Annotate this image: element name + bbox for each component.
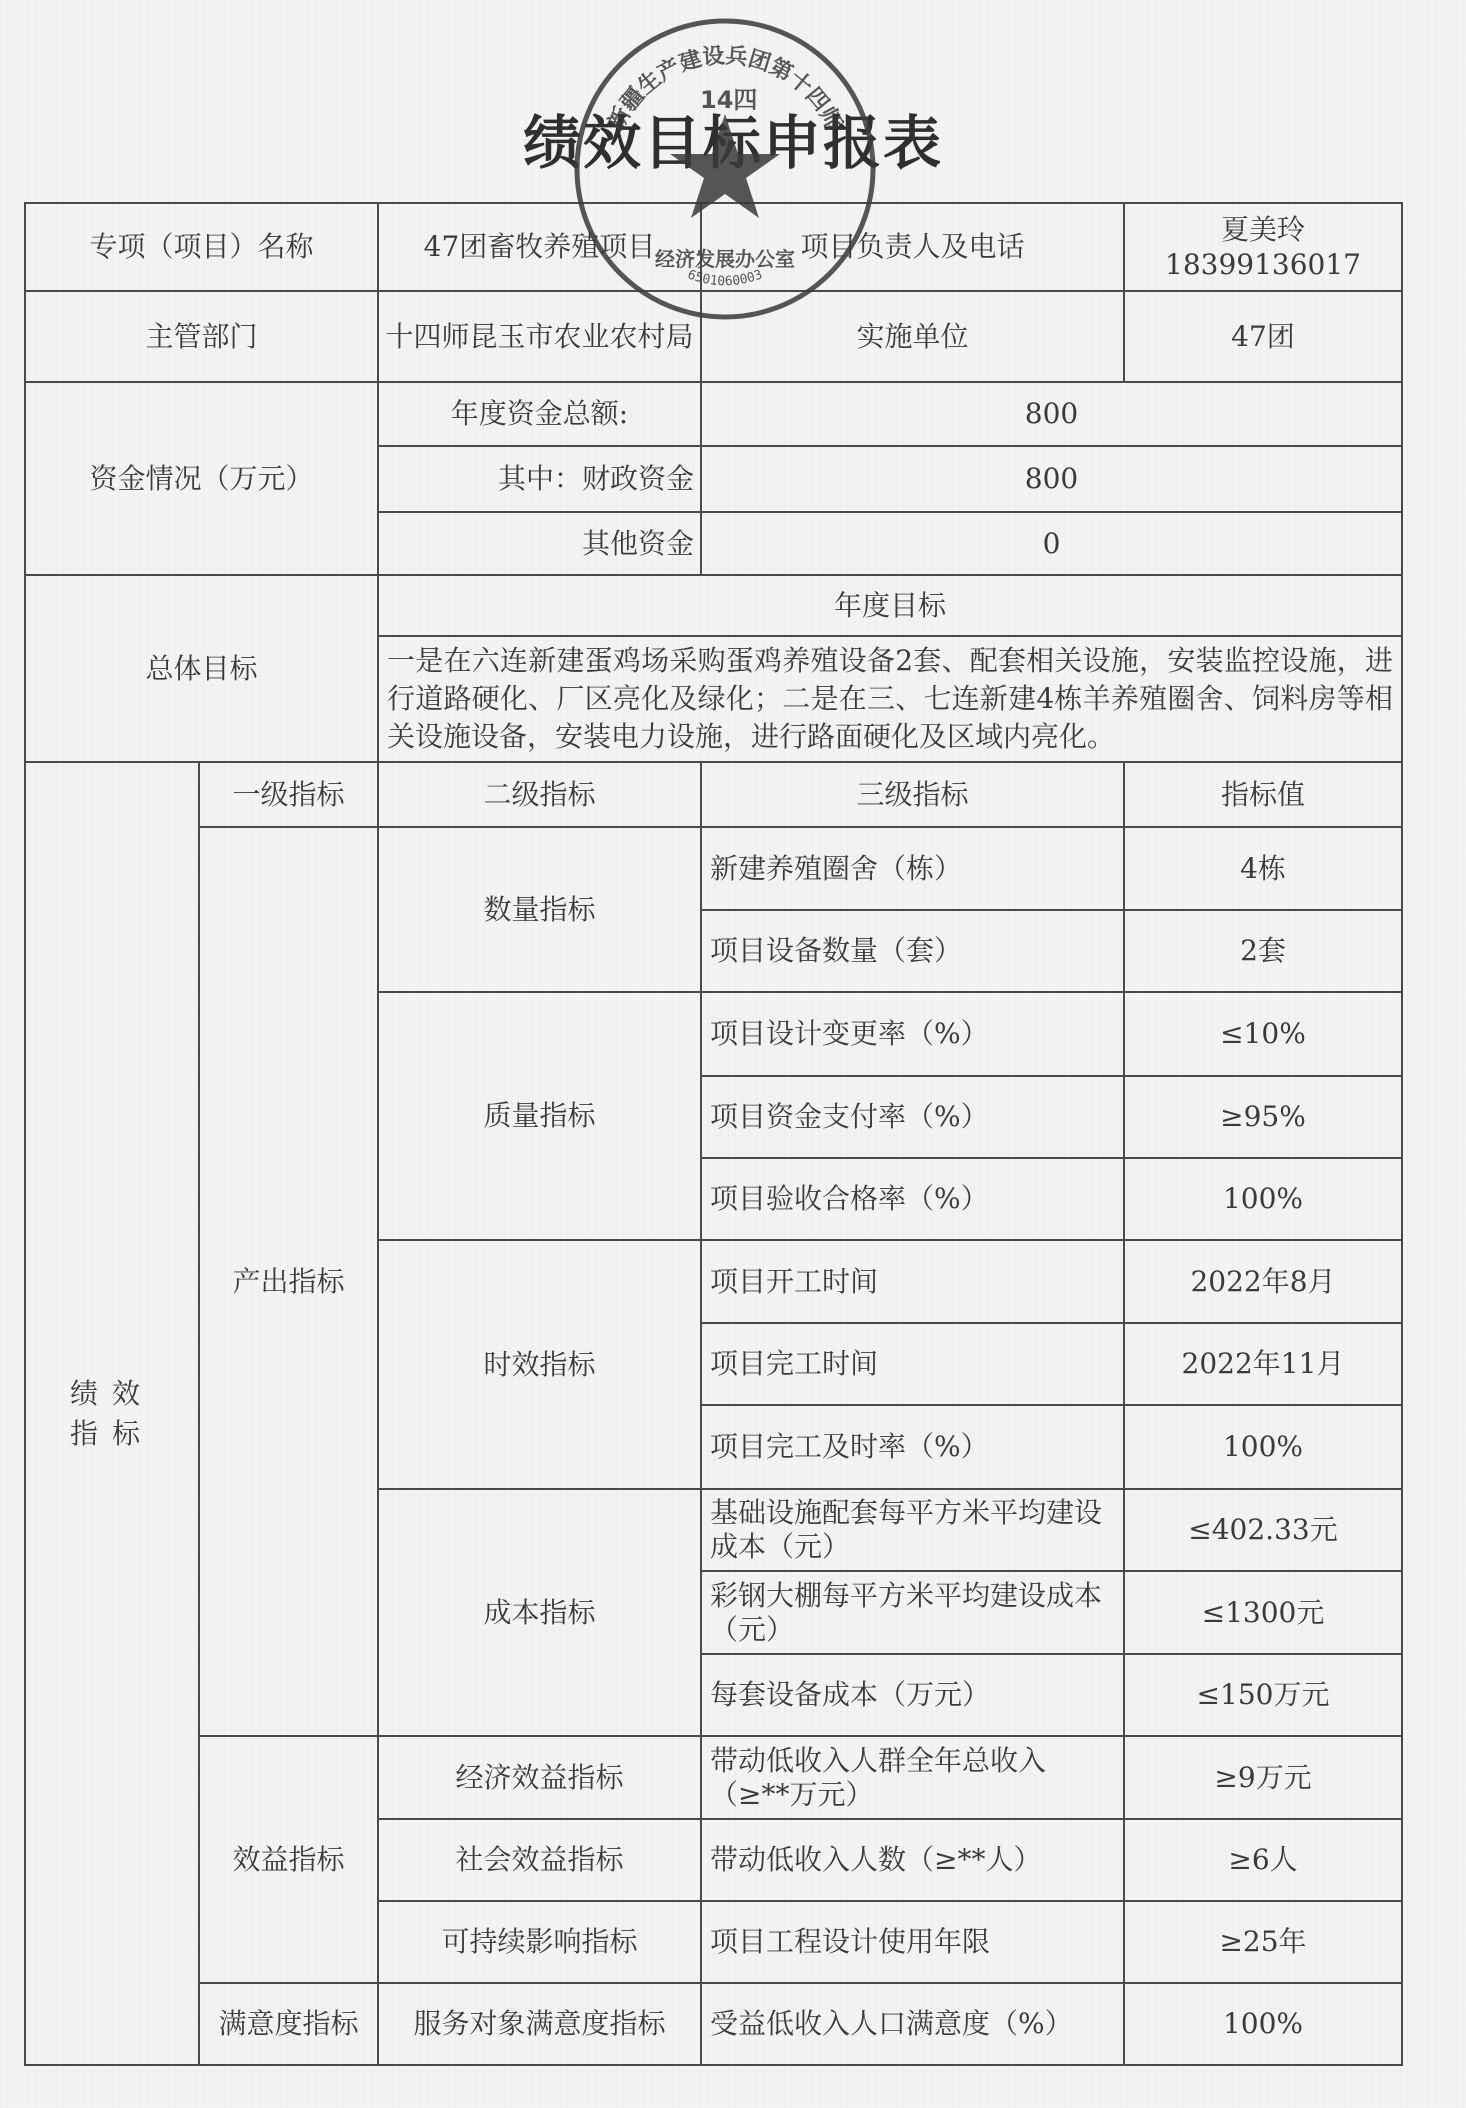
level3-text: 项目验收合格率（%） [710, 1181, 989, 1217]
level1-satisfaction: 满意度指标 [198, 1982, 379, 2066]
table-row-value: ≤150万元 [1123, 1653, 1403, 1737]
level3-text: 项目完工及时率（%） [710, 1429, 989, 1465]
table-row-value: 2套 [1123, 909, 1403, 993]
value-text: ≤150万元 [1197, 1677, 1330, 1713]
funds-row-value: 0 [700, 511, 1403, 576]
value-text: ≥25年 [1219, 1924, 1306, 1960]
label-text: 绩效指标 [52, 1374, 172, 1454]
value-text: ≥95% [1220, 1099, 1306, 1135]
value-text: ≥6人 [1228, 1842, 1297, 1878]
table-row-value: 4栋 [1123, 826, 1403, 911]
value-text: 十四师昆玉市农业农村局 [385, 319, 693, 355]
level2-social: 社会效益指标 [377, 1818, 702, 1902]
level2-economic: 经济效益指标 [377, 1735, 702, 1820]
funds-row-label: 年度资金总额: [377, 381, 702, 447]
table-row-value: ≥25年 [1123, 1900, 1403, 1984]
project-name-label: 专项（项目）名称 [24, 202, 379, 292]
table-row-level3: 项目验收合格率（%） [700, 1157, 1125, 1241]
table-row-level3: 新建养殖圈舍（栋） [700, 826, 1125, 911]
level2-cost: 成本指标 [377, 1488, 702, 1737]
level1-benefit: 效益指标 [198, 1735, 379, 1984]
table-row-value: 2022年8月 [1123, 1239, 1403, 1324]
label-text: 年度资金总额: [451, 396, 628, 432]
label-text: 专项（项目）名称 [89, 229, 313, 265]
level2-quality: 质量指标 [377, 991, 702, 1241]
impl-label: 实施单位 [700, 290, 1125, 383]
level3-text: 项目开工时间 [710, 1264, 878, 1300]
label-text: 数量指标 [483, 892, 595, 928]
label-text: 服务对象满意度指标 [413, 2006, 665, 2042]
label-text: 项目负责人及电话 [800, 229, 1024, 265]
level2-service-satisfaction: 服务对象满意度指标 [377, 1982, 702, 2066]
table-row-value: ≤10% [1123, 991, 1403, 1077]
dept-label: 主管部门 [24, 290, 379, 383]
leader-phone: 18399136017 [1165, 248, 1361, 282]
funds-row-label: 其中：财政资金 [377, 445, 702, 513]
value-text: 47团畜牧养殖项目 [424, 229, 656, 265]
overall-goal-text: 一是在六连新建蛋鸡场采购蛋鸡养殖设备2套、配套相关设施，安装监控设施，进行道路硬… [377, 635, 1403, 763]
level1-output: 产出指标 [198, 826, 379, 1737]
table-row-value: 100% [1123, 1982, 1403, 2066]
label-text: 主管部门 [145, 319, 257, 355]
column-header-level2: 二级指标 [377, 761, 702, 828]
label-text: 经济效益指标 [455, 1760, 623, 1796]
label-text: 总体目标 [145, 651, 257, 687]
level3-text: 彩钢大棚每平方米平均建设成本（元） [710, 1579, 1117, 1647]
level3-text: 项目完工时间 [710, 1346, 878, 1382]
level3-text: 每套设备成本（万元） [710, 1677, 990, 1713]
value-text: 100% [1223, 1429, 1303, 1465]
value-text: 4栋 [1240, 851, 1286, 887]
funds-label: 资金情况（万元） [24, 381, 379, 576]
table-row-level3: 项目工程设计使用年限 [700, 1900, 1125, 1984]
value-text: 47团 [1231, 319, 1295, 355]
level3-text: 带动低收入人群全年总收入（≥**万元） [710, 1744, 1117, 1812]
overall-goal-label: 总体目标 [24, 574, 379, 763]
label-text: 效益指标 [232, 1842, 344, 1878]
level3-text: 项目设计变更率（%） [710, 1016, 989, 1052]
value-text: 2022年8月 [1190, 1264, 1335, 1300]
label-text: 可持续影响指标 [441, 1924, 637, 1960]
level3-text: 带动低收入人数（≥**人） [710, 1842, 1041, 1878]
overall-goal-header: 年度目标 [377, 574, 1403, 637]
table-row-level3: 项目开工时间 [700, 1239, 1125, 1324]
value-text: 100% [1223, 2006, 1303, 2042]
funds-row-value: 800 [700, 381, 1403, 447]
value-text: ≤1300元 [1202, 1595, 1325, 1631]
table-row-level3: 项目完工及时率（%） [700, 1404, 1125, 1490]
table-row-value: ≤1300元 [1123, 1570, 1403, 1655]
table-row-level3: 基础设施配套每平方米平均建设成本（元） [700, 1488, 1125, 1572]
impl-value: 47团 [1123, 290, 1403, 383]
leader-name: 夏美玲 [1221, 212, 1305, 248]
level3-text: 项目资金支付率（%） [710, 1099, 989, 1135]
table-row-value: 2022年11月 [1123, 1322, 1403, 1406]
level3-text: 项目设备数量（套） [710, 933, 962, 969]
column-header-level3: 三级指标 [700, 761, 1125, 828]
project-name-value: 47团畜牧养殖项目 [377, 202, 702, 292]
label-text: 时效指标 [483, 1347, 595, 1383]
label-text: 其他资金 [582, 526, 694, 562]
table-row-level3: 带动低收入人数（≥**人） [700, 1818, 1125, 1902]
label-text: 满意度指标 [218, 2006, 358, 2042]
funds-row-value: 800 [700, 445, 1403, 513]
goal-text: 一是在六连新建蛋鸡场采购蛋鸡养殖设备2套、配套相关设施，安装监控设施，进行道路硬… [387, 642, 1393, 756]
table-row-value: 100% [1123, 1404, 1403, 1490]
label-text: 社会效益指标 [455, 1842, 623, 1878]
level3-text: 新建养殖圈舍（栋） [710, 851, 962, 887]
value-text: 0 [1043, 526, 1061, 562]
table-row-level3: 彩钢大棚每平方米平均建设成本（元） [700, 1570, 1125, 1655]
funds-row-label: 其他资金 [377, 511, 702, 576]
table-row-value: 100% [1123, 1157, 1403, 1241]
value-text: 800 [1025, 396, 1078, 432]
value-text: 2套 [1240, 933, 1286, 969]
table-row-value: ≥95% [1123, 1075, 1403, 1159]
header-text: 年度目标 [834, 588, 946, 624]
value-text: ≥9万元 [1214, 1760, 1311, 1796]
value-text: 2022年11月 [1182, 1346, 1345, 1382]
value-text: ≤10% [1220, 1016, 1306, 1052]
level2-sustainable: 可持续影响指标 [377, 1900, 702, 1984]
indicators-section-label: 绩效指标 [24, 761, 200, 2066]
table-row-level3: 项目资金支付率（%） [700, 1075, 1125, 1159]
table-row-level3: 项目完工时间 [700, 1322, 1125, 1406]
value-text: ≤402.33元 [1188, 1512, 1337, 1548]
label-text: 实施单位 [856, 319, 968, 355]
level3-text: 受益低收入人口满意度（%） [710, 2006, 1073, 2042]
column-header-value: 指标值 [1123, 761, 1403, 828]
label-text: 其中：财政资金 [498, 461, 694, 497]
level2-quantity: 数量指标 [377, 826, 702, 993]
table-row-value: ≤402.33元 [1123, 1488, 1403, 1572]
table-row-level3: 带动低收入人群全年总收入（≥**万元） [700, 1735, 1125, 1820]
column-header-level1: 一级指标 [198, 761, 379, 828]
label-text: 成本指标 [483, 1595, 595, 1631]
header-text: 三级指标 [856, 777, 968, 813]
value-text: 800 [1025, 461, 1078, 497]
level2-timeliness: 时效指标 [377, 1239, 702, 1490]
table-row-value: ≥9万元 [1123, 1735, 1403, 1820]
table-row-level3: 项目设备数量（套） [700, 909, 1125, 993]
level3-text: 基础设施配套每平方米平均建设成本（元） [710, 1496, 1117, 1564]
header-text: 二级指标 [483, 777, 595, 813]
table-row-value: ≥6人 [1123, 1818, 1403, 1902]
value-text: 100% [1223, 1181, 1303, 1217]
table-row-level3: 项目设计变更率（%） [700, 991, 1125, 1077]
dept-value: 十四师昆玉市农业农村局 [377, 290, 702, 383]
label-text: 资金情况（万元） [89, 461, 313, 497]
level3-text: 项目工程设计使用年限 [710, 1924, 990, 1960]
leader-value: 夏美玲 18399136017 [1123, 202, 1403, 292]
label-text: 产出指标 [232, 1264, 344, 1300]
leader-label: 项目负责人及电话 [700, 202, 1125, 292]
header-text: 指标值 [1221, 777, 1305, 813]
header-text: 一级指标 [232, 777, 344, 813]
table-row-level3: 每套设备成本（万元） [700, 1653, 1125, 1737]
label-text: 质量指标 [483, 1098, 595, 1134]
table-row-level3: 受益低收入人口满意度（%） [700, 1982, 1125, 2066]
page-title: 绩效目标申报表 [0, 96, 1466, 180]
